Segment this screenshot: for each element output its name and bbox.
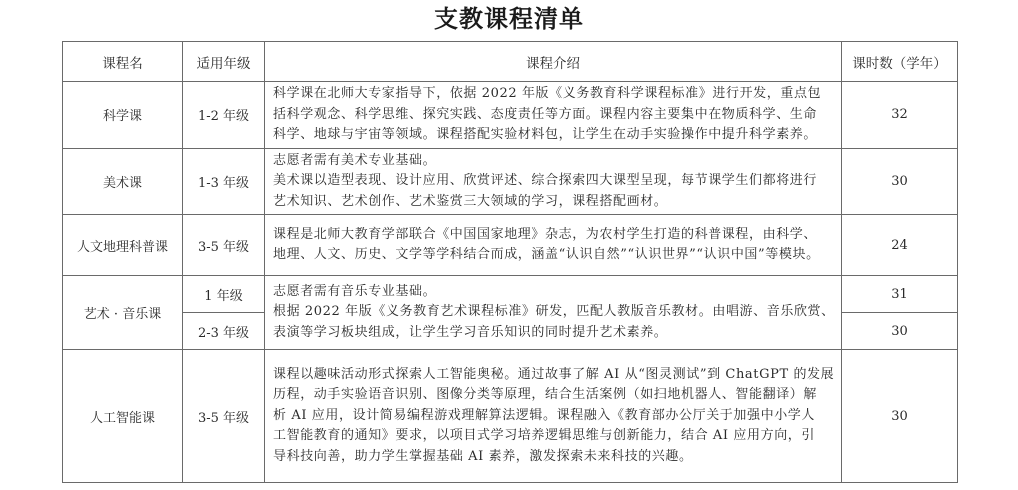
description-line: 科学、地球与宇宙等领域。课程搭配实验材料包，让学生在动手实验操作中提升科学素养。 [273, 125, 833, 146]
description-line: 志愿者需有音乐专业基础。 [273, 282, 833, 303]
table-row-ai: 人工智能课 3-5 年级 课程以趣味活动形式探索人工智能奥秘。通过故事了解 AI… [63, 350, 958, 483]
course-grade: 2-3 年级 [183, 313, 265, 350]
course-table: 课程名 适用年级 课程介绍 课时数（学年） 科学课 1-2 年级 科学课在北师大… [62, 41, 958, 483]
course-grade: 1-3 年级 [183, 148, 265, 215]
course-grade: 3-5 年级 [183, 215, 265, 276]
course-description: 课程以趣味活动形式探索人工智能奥秘。通过故事了解 AI 从“图灵测试”到 Cha… [265, 350, 842, 483]
description-line: 析 AI 应用，设计简易编程游戏理解算法逻辑。课程融入《教育部办公厅关于加强中小… [273, 406, 833, 427]
course-name: 人工智能课 [63, 350, 183, 483]
description-line: 导科技向善，助力学生掌握基础 AI 素养，激发探索未来科技的兴趣。 [273, 447, 833, 468]
course-hours: 30 [842, 313, 958, 350]
course-name: 美术课 [63, 148, 183, 215]
header-hours: 课时数（学年） [842, 42, 958, 82]
course-description: 志愿者需有音乐专业基础。 根据 2022 年版《义务教育艺术课程标准》研发，匹配… [265, 276, 842, 350]
header-grade: 适用年级 [183, 42, 265, 82]
description-line: 表演等学习板块组成，让学生学习音乐知识的同时提升艺术素养。 [273, 323, 833, 344]
course-hours: 30 [842, 148, 958, 215]
course-name: 科学课 [63, 82, 183, 149]
course-hours: 31 [842, 276, 958, 313]
description-line: 课程以趣味活动形式探索人工智能奥秘。通过故事了解 AI 从“图灵测试”到 Cha… [273, 365, 833, 386]
course-hours: 30 [842, 350, 958, 483]
page-title: 支教课程清单 [0, 2, 1018, 36]
description-line: 课程是北师大教育学部联合《中国国家地理》杂志，为农村学生打造的科普课程，由科学、 [273, 225, 833, 246]
course-grade: 1 年级 [183, 276, 265, 313]
table-header-row: 课程名 适用年级 课程介绍 课时数（学年） [63, 42, 958, 82]
course-description: 志愿者需有美术专业基础。 美术课以造型表现、设计应用、欣赏评述、综合探索四大课型… [265, 148, 842, 215]
course-hours: 24 [842, 215, 958, 276]
course-description: 科学课在北师大专家指导下，依据 2022 年版《义务教育科学课程标准》进行开发，… [265, 82, 842, 149]
course-hours: 32 [842, 82, 958, 149]
description-line: 根据 2022 年版《义务教育艺术课程标准》研发，匹配人教版音乐教材。由唱游、音… [273, 302, 833, 323]
header-course-name: 课程名 [63, 42, 183, 82]
table-row-music-grade1: 艺术 · 音乐课 1 年级 志愿者需有音乐专业基础。 根据 2022 年版《义务… [63, 276, 958, 313]
description-line: 科学课在北师大专家指导下，依据 2022 年版《义务教育科学课程标准》进行开发，… [273, 84, 833, 105]
description-line: 历程，动手实验语音识别、图像分类等原理，结合生活案例（如扫地机器人、智能翻译）解 [273, 385, 833, 406]
table-row-art: 美术课 1-3 年级 志愿者需有美术专业基础。 美术课以造型表现、设计应用、欣赏… [63, 148, 958, 215]
description-line: 艺术知识、艺术创作、艺术鉴赏三大领域的学习，课程搭配画材。 [273, 192, 833, 213]
table-row-geography: 人文地理科普课 3-5 年级 课程是北师大教育学部联合《中国国家地理》杂志，为农… [63, 215, 958, 276]
header-description: 课程介绍 [265, 42, 842, 82]
description-line: 地理、人文、历史、文学等学科结合而成，涵盖“认识自然”“认识世界”“认识中国”等… [273, 245, 833, 266]
course-name: 艺术 · 音乐课 [63, 276, 183, 350]
course-description: 课程是北师大教育学部联合《中国国家地理》杂志，为农村学生打造的科普课程，由科学、… [265, 215, 842, 276]
description-line: 括科学观念、科学思维、探究实践、态度责任等方面。课程内容主要集中在物质科学、生命 [273, 105, 833, 126]
course-name: 人文地理科普课 [63, 215, 183, 276]
description-line: 工智能教育的通知》要求，以项目式学习培养逻辑思维与创新能力，结合 AI 应用方向… [273, 426, 833, 447]
description-line: 美术课以造型表现、设计应用、欣赏评述、综合探索四大课型呈现，每节课学生们都将进行 [273, 171, 833, 192]
description-line: 志愿者需有美术专业基础。 [273, 151, 833, 172]
table-row-science: 科学课 1-2 年级 科学课在北师大专家指导下，依据 2022 年版《义务教育科… [63, 82, 958, 149]
course-grade: 3-5 年级 [183, 350, 265, 483]
course-grade: 1-2 年级 [183, 82, 265, 149]
